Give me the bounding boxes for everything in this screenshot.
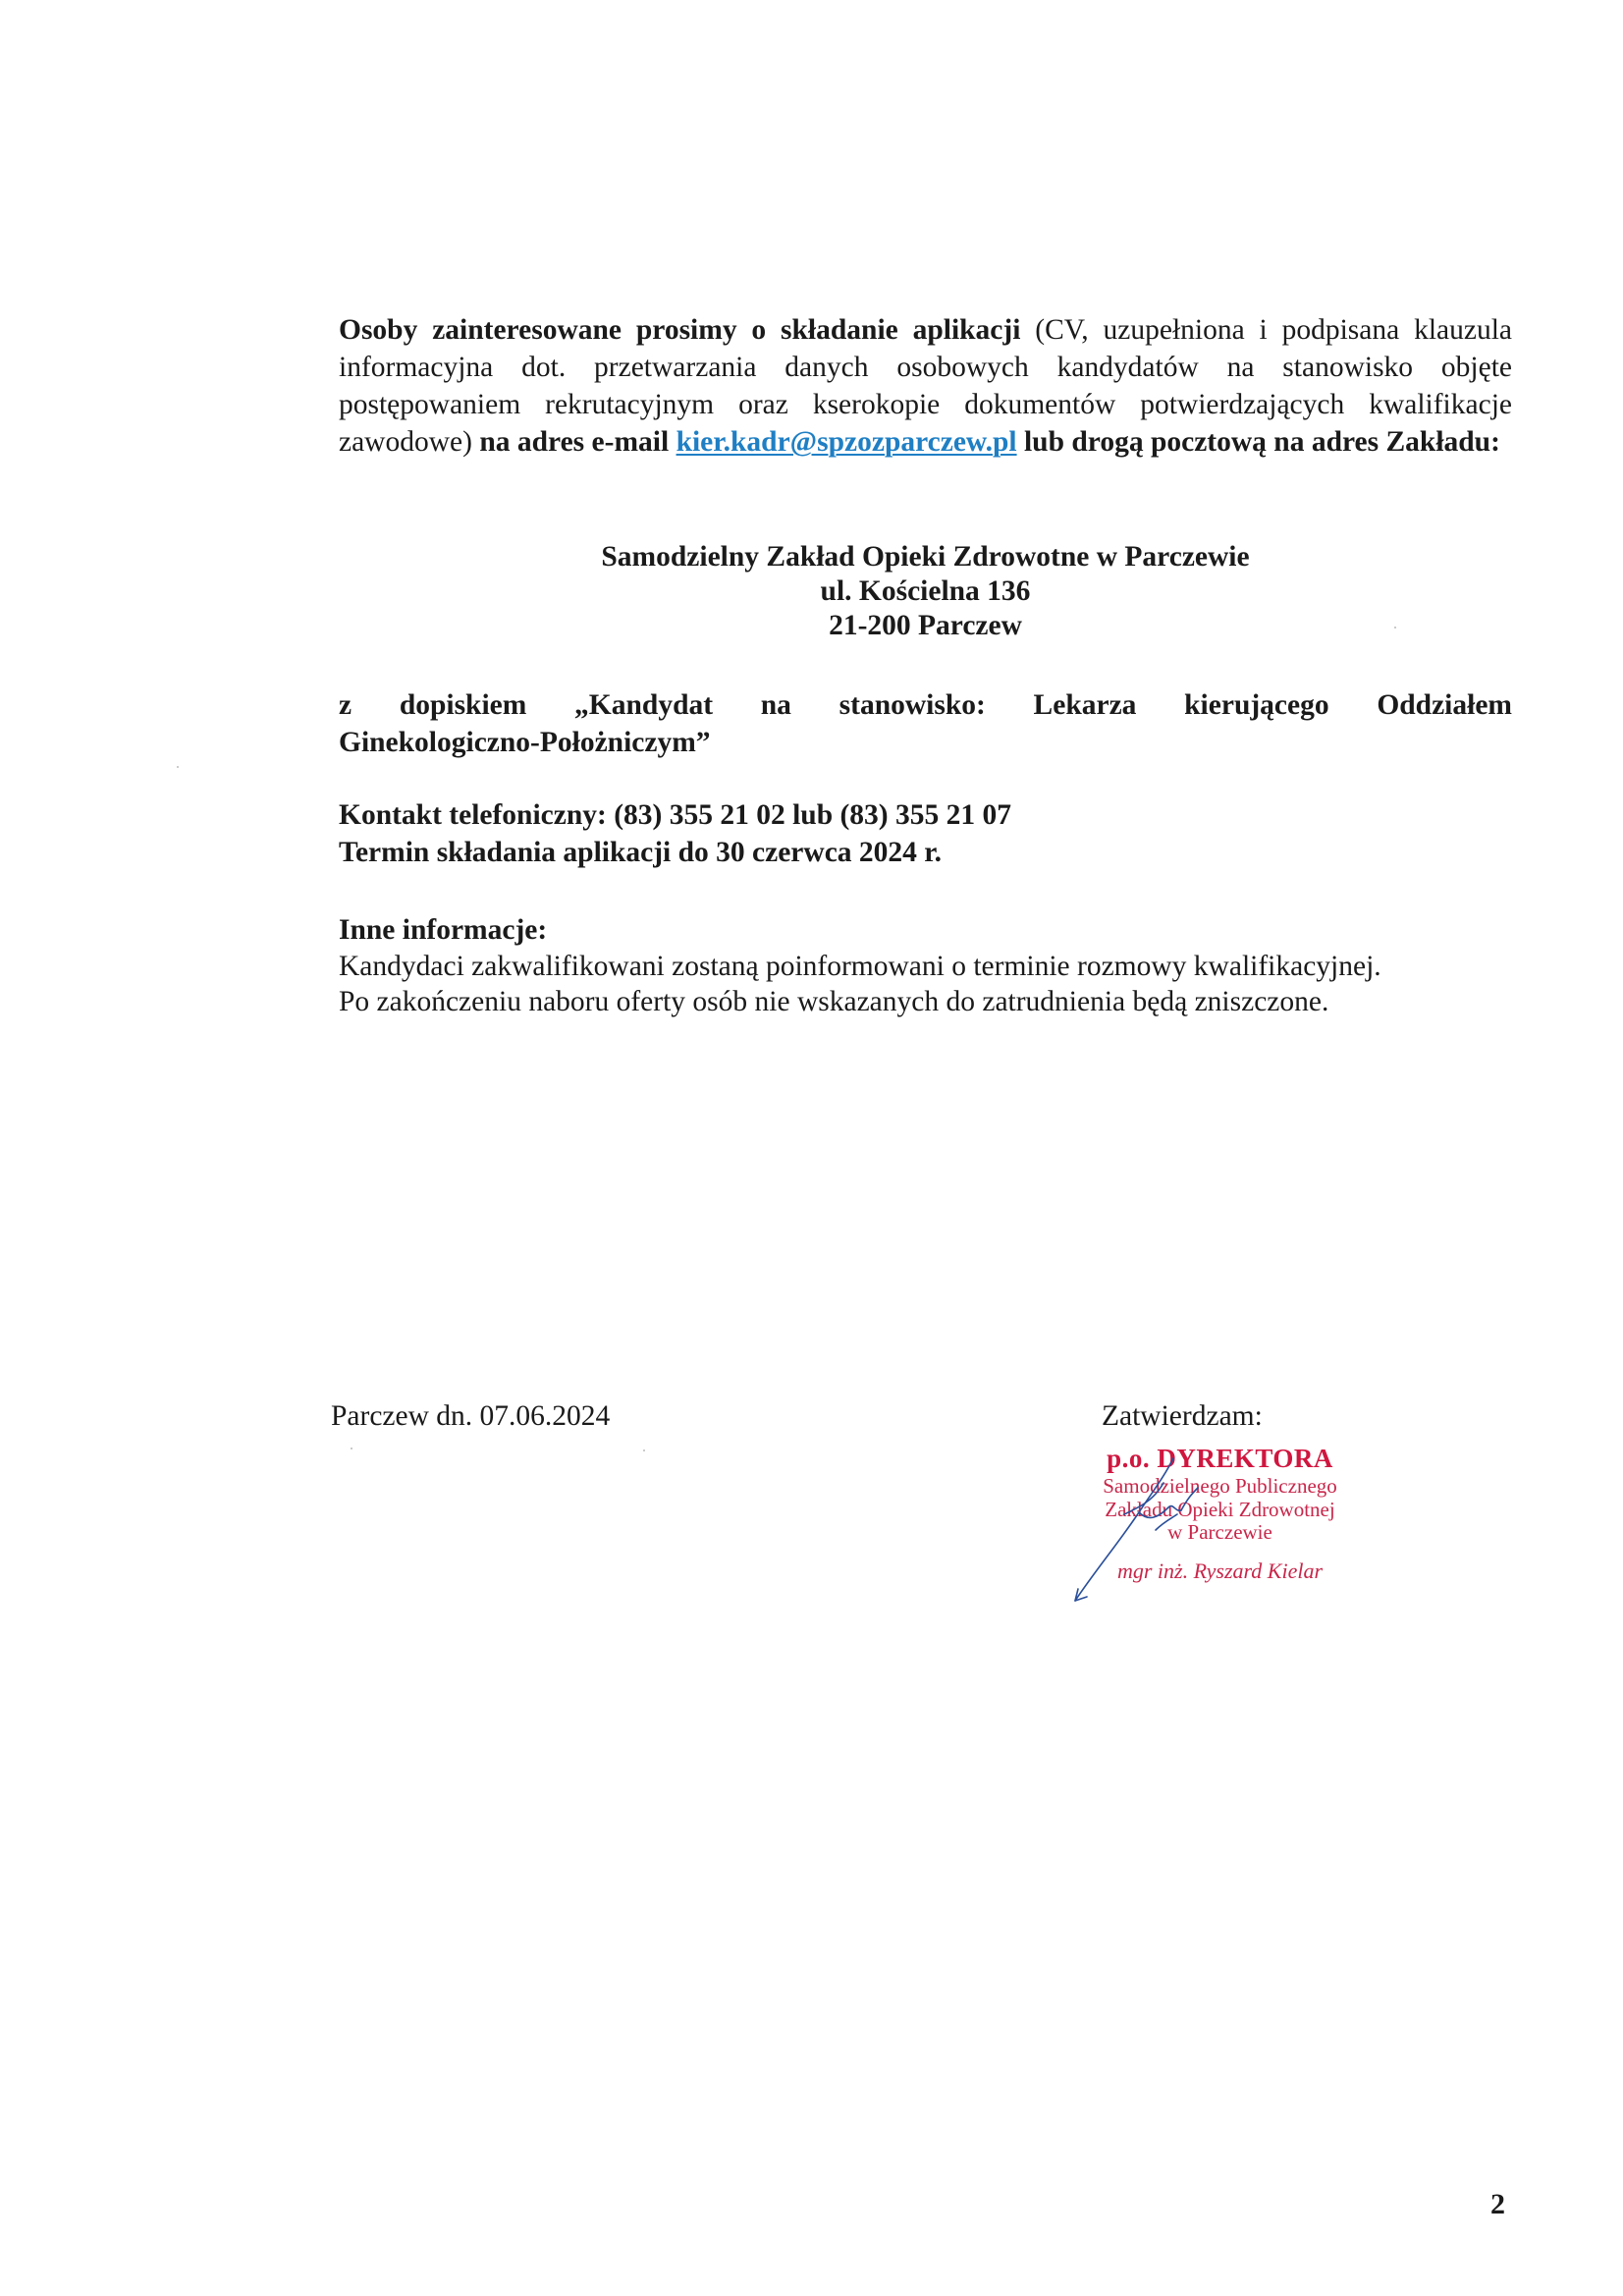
scan-speck (1394, 627, 1396, 629)
address-institution: Samodzielny Zakład Opieki Zdrowotne w Pa… (339, 540, 1512, 574)
email-link[interactable]: kier.kadr@spzozparczew.pl (676, 426, 1017, 458)
application-deadline: Termin składania aplikacji do 30 czerwca… (339, 834, 1011, 871)
other-info-line-2: Po zakończeniu naboru oferty osób nie ws… (339, 984, 1381, 1020)
other-info-block: Inne informacje: Kandydaci zakwalifikowa… (339, 912, 1381, 1020)
address-city: 21-200 Parczew (339, 609, 1512, 643)
other-info-heading: Inne informacje: (339, 912, 1381, 949)
postal-instruction: lub drogą pocztową na adres Zakładu: (1024, 426, 1500, 458)
application-instructions-paragraph: Osoby zainteresowane prosimy o składanie… (339, 311, 1512, 461)
email-prefix: na adres e-mail (479, 426, 669, 458)
director-stamp: p.o. DYREKTORA Samodzielnego Publicznego… (1070, 1442, 1370, 1584)
address-street: ul. Kościelna 136 (339, 574, 1512, 609)
stamp-title: p.o. DYREKTORA (1070, 1442, 1370, 1475)
other-info-line-1: Kandydaci zakwalifikowani zostaną poinfo… (339, 949, 1381, 985)
page-number: 2 (1490, 2188, 1505, 2221)
envelope-annotation-note: z dopiskiem „Kandydat na stanowisko: Lek… (339, 686, 1512, 761)
stamp-line-2: Zakładu Opieki Zdrowotnej (1070, 1499, 1370, 1522)
contact-phone: Kontakt telefoniczny: (83) 355 21 02 lub… (339, 796, 1011, 834)
note-line-2: Ginekologiczno-Położniczym” (339, 727, 711, 758)
document-page: Osoby zainteresowane prosimy o składanie… (0, 0, 1623, 2296)
scan-speck (177, 766, 179, 768)
scan-speck (643, 1449, 645, 1451)
stamp-line-1: Samodzielnego Publicznego (1070, 1475, 1370, 1499)
approval-label: Zatwierdzam: (1102, 1398, 1263, 1434)
scan-speck (351, 1448, 352, 1449)
stamp-signatory-name: mgr inż. Ryszard Kielar (1070, 1558, 1370, 1584)
place-and-date: Parczew dn. 07.06.2024 (331, 1398, 610, 1434)
contact-block: Kontakt telefoniczny: (83) 355 21 02 lub… (339, 796, 1011, 871)
intro-bold-lead: Osoby zainteresowane prosimy o składanie… (339, 314, 1020, 346)
note-line-1: z dopiskiem „Kandydat na stanowisko: Lek… (339, 686, 1512, 724)
postal-address: Samodzielny Zakład Opieki Zdrowotne w Pa… (339, 540, 1512, 643)
stamp-line-3: w Parczewie (1070, 1521, 1370, 1545)
